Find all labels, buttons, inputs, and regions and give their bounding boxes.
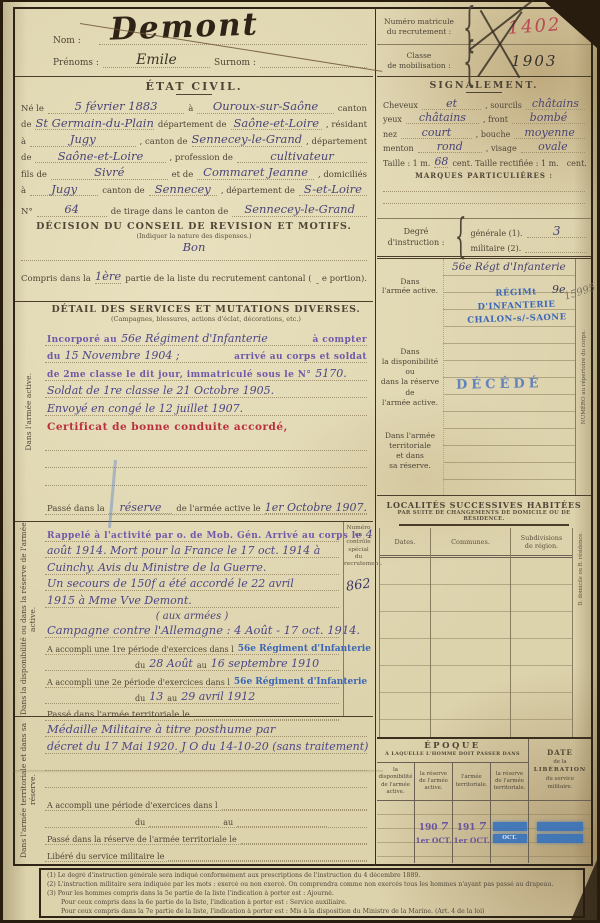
year-handwritten-digit: 7 [479, 820, 487, 833]
terr-label-1: Dans l'armée [385, 431, 435, 440]
campagne-allemagne-line: Campagne contre l'Allemagne : 4 Août - 1… [47, 623, 360, 637]
date-header-3: LIBÉRATION [534, 766, 586, 775]
decision-title: DÉCISION DU CONSEIL DE REVISION ET MOTIF… [21, 221, 367, 232]
birth-dept: Saône-et-Loire [231, 118, 322, 131]
october-stamp: 1er OCT. [453, 836, 489, 845]
blue-ink-smudge-oct: OCT. [493, 834, 527, 843]
ruled-line [383, 180, 585, 192]
a-compter-stamp: à compter [313, 335, 368, 345]
val-disponibilite-cell [377, 801, 415, 863]
classe-label-line2: de mobilisation : [387, 61, 450, 70]
passe-reserve-territoriale-label: Passé dans la réserve de l'armée territo… [47, 835, 237, 844]
residence-canton: Sennecey-le-Grand [192, 134, 303, 147]
ruled-line [383, 192, 585, 204]
signalement-section: SIGNALEMENT. Cheveuxet, sourcilschâtains… [377, 77, 591, 219]
ruled-line [45, 451, 367, 469]
compris-label-3: e portion). [322, 274, 367, 284]
footnote-3: (3) Pour les hommes compris dans la 5e p… [47, 890, 577, 899]
date-handwriting: 15 Novembre [65, 349, 141, 362]
col-reserve-territoriale-header: la réserve de l'armée territoriale. [491, 763, 528, 800]
visage-label: , visage [486, 144, 517, 153]
dispo-label-3: ou [405, 367, 414, 376]
ne-le-label: Né le [21, 104, 44, 114]
subdivisions-header: Subdivisionsde région. [511, 528, 572, 558]
au-label: au [197, 661, 207, 670]
dates-column: Dates. [379, 528, 431, 737]
certificat-stamp: Certificat de bonne conduite accordé, [47, 421, 288, 433]
sourcils-value: châtains [526, 98, 585, 110]
periode1-start: 28 Août [149, 657, 193, 670]
blue-ink-smudge [493, 822, 527, 831]
nez-label: nez [383, 130, 397, 139]
dispo-label-6: l'armée active. [382, 398, 438, 407]
mort-pour-la-france-line: août 1914. Mort pour la France le 17 oct… [47, 544, 320, 557]
stamp-line1: RÉGIMt D'INFANTERIE [477, 287, 555, 312]
tirage-canton: Sennecey-le-Grand [232, 204, 367, 217]
val-territoriale-cell: 191 7 1er OCT. [453, 801, 491, 863]
date-header-2: de la [553, 758, 566, 766]
territoriale-section: Dans l'armée territoriale et dans sa rés… [15, 717, 373, 863]
regiment-handwriting: 56e Régiment d'Infanterie [121, 332, 268, 345]
services-title: DÉTAIL DES SERVICES ET MUTATIONS DIVERSE… [45, 304, 367, 315]
firstname-handwriting: Emile [103, 53, 210, 68]
a-label: à [21, 186, 26, 196]
militaire-label: militaire (2). [470, 244, 521, 253]
matricule-label-line2: du recrutement : [387, 27, 451, 36]
envoye-conge-line: Envoyé en congé le 12 juillet 1907. [47, 402, 243, 415]
name-box: Nom : Demont Prénoms : Emile Surnom : [15, 9, 373, 77]
menton-label: menton [383, 144, 414, 153]
instruction-label-line1: Degré [404, 227, 429, 236]
periode2-end: 29 avril 1912 [181, 690, 255, 703]
canton-label: canton [338, 104, 367, 114]
secours-line: Un secours de 150f a été accordé le 22 a… [47, 577, 294, 590]
canton-label: , canton de [140, 137, 188, 147]
signalement-title: SIGNALEMENT. [383, 80, 585, 91]
localites-subtitle: PAR SUITE DE CHANGEMENTS DE DOMICILE OU … [377, 510, 591, 522]
dept-label: , département [306, 137, 367, 147]
compris-part: 1ère [95, 271, 121, 284]
portion-blank [316, 283, 318, 284]
passe-reserve-label: Passé dans la [47, 504, 105, 514]
du-stamp: du [47, 352, 61, 362]
domicile-residence-label: D. domicile ou R. résidence. [578, 532, 584, 606]
generale-value: 3 [527, 225, 588, 238]
dates-cells [380, 558, 430, 737]
etat-civil-section: ÉTAT CIVIL. Né le5 février 1883àOuroux-s… [15, 77, 373, 302]
incorpore-stamp: Incorporé au [47, 335, 117, 345]
controle-special-column: Numéro en contrôle spécial du recrutemen… [343, 522, 373, 716]
val-reserve-territoriale-cell: OCT. [491, 801, 529, 863]
compris-label-2: partie de la liste du recrutement canton… [125, 274, 311, 284]
services-side-rail: Dans l'armée active. [15, 302, 41, 521]
territoriale-group-label: Dans l'arméeterritorialeet danssa réserv… [377, 431, 443, 472]
dates-header: Dates. [380, 528, 430, 558]
ruled-line [45, 468, 367, 486]
periode1-end: 16 septembre 1910 [211, 657, 319, 670]
veuve-line: 1915 à Mme Vve Demont. [47, 594, 192, 607]
corps-entries-area: 56e Régt d'Infanterie RÉGIMt D'INFANTERI… [443, 259, 575, 495]
classe-label: Classede mobilisation : [377, 51, 461, 71]
corps-labels-column: Dansl'armée active. Dansla disponibilité… [377, 259, 443, 495]
blank-line [168, 860, 367, 861]
periode1-label: A accompli une 1re période d'exercices d… [47, 645, 234, 654]
epoque-section: ÉPOQUE À LAQUELLE L'HOMME DOIT PASSER DA… [377, 739, 591, 863]
de-label: de [21, 120, 31, 130]
right-column: Numéro matriculedu recrutement : { 1402 … [377, 9, 591, 863]
disponibilite-group-label: Dansla disponibilitéoudans la réservedel… [377, 347, 443, 408]
territoriale-side-rail: Dans l'armée territoriale et dans sa rés… [15, 717, 41, 863]
reserve-handwriting: réserve [109, 502, 173, 514]
services-subtitle: (Campagnes, blessures, actions d'éclat, … [45, 315, 367, 323]
domicile-canton: Sennecey [149, 184, 217, 197]
profession-label: , profession de [170, 153, 233, 163]
torn-corner [545, 2, 597, 48]
passe-reserve-label-2: de l'armée active le [176, 504, 260, 514]
val-reserve-active-cell: 190 7 1er OCT. [415, 801, 453, 863]
brace: { [463, 29, 476, 91]
matricule-label: Numéro matriculedu recrutement : [377, 17, 461, 37]
blank-line [241, 843, 367, 844]
yeux-value: châtains [406, 112, 479, 124]
corps-active-entry: 56e Régt d'Infanterie [452, 261, 566, 273]
terr-label-2: territoriale [389, 441, 431, 450]
classe-stamp: de 2me classe le dit jour, immatriculé s… [47, 370, 311, 380]
decision-value: Bon [21, 242, 367, 254]
du-label: du [135, 661, 145, 670]
tirage-label: de tirage dans le canton de [111, 207, 229, 217]
rappele-stamp: Rappelé à l'activité par o. de Mob. Gén.… [47, 531, 362, 541]
a-label: à [21, 137, 26, 147]
dispo-label-2: la disponibilité [382, 357, 438, 366]
epoque-titlebar: ÉPOQUE À LAQUELLE L'HOMME DOIT PASSER DA… [377, 739, 528, 763]
marques-label: MARQUES PARTICULIÈRES : [383, 171, 585, 180]
stamp-line2: CHALON-s/-SAONE [467, 312, 567, 325]
etat-civil-title: ÉTAT CIVIL. [21, 80, 367, 93]
col-reserve-active-header: la réserve de l'armée active. [415, 763, 453, 800]
sourcils-label: , sourcils [485, 101, 522, 110]
nickname-line [260, 67, 367, 68]
date-header-4: du service [546, 775, 574, 783]
liberation-date-header: DATE de la LIBÉRATION du service militai… [529, 739, 591, 800]
october-stamp: 1er OCT. [415, 836, 451, 845]
classe-row: Classede mobilisation : { 1903 [377, 45, 591, 76]
birth-canton: St Germain-du-Plain [35, 118, 153, 131]
de-label: de [21, 153, 31, 163]
val-liberation-cell [529, 801, 591, 863]
cent-label: cent. [567, 159, 587, 168]
instruction-section: Degréd'instruction : { générale (1).3 mi… [377, 219, 591, 259]
localites-title: LOCALITÉS SUCCESSIVES HABITÉES [377, 500, 591, 510]
footnotes-box: (1) Le degré d'instruction générale sera… [39, 868, 585, 918]
medaille-militaire-line1: Médaille Militaire à titre posthume par [47, 722, 275, 736]
classe-number: 1903 [478, 52, 591, 70]
epoque-title: ÉPOQUE [377, 741, 528, 751]
bouche-label: , bouche [476, 130, 511, 139]
year-handwriting: 1904 ; [144, 349, 179, 362]
bouche-value: moyenne [514, 127, 585, 139]
au-label: au [167, 694, 177, 703]
title-underline [176, 94, 212, 95]
soldat-1re-classe-line: Soldat de 1re classe le 21 Octobre 1905. [47, 384, 274, 397]
residence: Jugy [30, 134, 136, 147]
visage-value: ovale [521, 141, 585, 153]
compris-label: Compris dans la [21, 274, 91, 284]
periode-label: A accompli une période d'exercices dans … [47, 801, 218, 810]
subdiv-header-1: Subdivisions [511, 534, 572, 542]
dept-label: département de [158, 120, 227, 130]
armee-active-label-2: l'armée active. [382, 286, 438, 295]
arrive-stamp: arrivé au corps et soldat [234, 352, 367, 362]
ruled-line [21, 253, 367, 261]
mobilisation-side-label: Dans la disponibilité ou dans la réserve… [19, 522, 37, 716]
blank-line [237, 826, 327, 827]
communes-header: Communes. [431, 528, 510, 558]
nez-value: court [401, 127, 472, 139]
libere-label: Libéré du service militaire le [47, 852, 164, 861]
periode2-start: 13 [149, 690, 163, 703]
left-column: Nom : Demont Prénoms : Emile Surnom : ÉT… [15, 9, 373, 863]
epoque-column-headers: la disponibilité de l'armée active. la r… [377, 763, 528, 800]
col-disponibilite-header: la disponibilité de l'armée active. [377, 763, 415, 800]
dispo-label-1: Dans [400, 347, 419, 356]
year-stamp: 191 [457, 823, 476, 833]
du-label: du [135, 694, 145, 703]
taille-label: Taille : 1 m. [383, 159, 430, 168]
birth-date: 5 février 1883 [48, 101, 184, 114]
front-value: bombé [512, 112, 585, 124]
blank-line [222, 809, 367, 810]
menton-value: rond [418, 141, 482, 153]
instruction-rows: générale (1).3 militaire (2). [470, 223, 587, 253]
localites-rule [399, 524, 569, 526]
date-header-5: militaire. [548, 783, 573, 791]
et-de-label: et de [172, 170, 194, 180]
brace: { [455, 210, 466, 265]
nickname-label: Surnom : [214, 58, 256, 68]
year-handwritten-digit: 7 [441, 820, 449, 833]
footnote-1: (1) Le degré d'instruction générale sera… [47, 872, 577, 881]
domicilies-label: , domiciliés [318, 170, 367, 180]
services-section: Dans l'armée active. DÉTAIL DES SERVICES… [15, 302, 373, 522]
footnote-4: Pour ceux compris dans la 6e partie de l… [47, 899, 577, 908]
cheveux-value: et [422, 98, 481, 110]
residant-label: , résidant [326, 120, 367, 130]
mobilisation-section: Dans la disponibilité ou dans la réserve… [15, 522, 373, 717]
decede-stamp: DÉCÉDÉ [456, 376, 543, 393]
classe-label-line1: Classe [407, 51, 432, 60]
surname-handwriting: Demont [109, 6, 259, 47]
domicile: Jugy [30, 184, 98, 197]
dept-label: , département de [221, 186, 295, 196]
blue-ink-smudge [537, 822, 583, 831]
communes-column: Communes. [431, 528, 511, 737]
subdivisions-column: Subdivisionsde région. [511, 528, 573, 737]
ruled-line [45, 433, 367, 451]
matricule-label-line1: Numéro matricule [384, 17, 454, 26]
domicile-dept: S-et-Loire [299, 184, 367, 197]
localites-table: Dates. Communes. Subdivisionsde région. … [379, 528, 589, 737]
decision-subtitle: (Indiquer la nature des dispenses.) [21, 232, 367, 240]
profession: cultivateur [237, 151, 367, 164]
canton-label: canton de [102, 186, 144, 196]
controle-special-header: Numéro en contrôle spécial du recrutemen… [344, 525, 373, 568]
father-name: Sivré [51, 167, 168, 180]
firstname-label: Prénoms : [53, 58, 99, 68]
domicile-residence-column: D. domicile ou R. résidence. [573, 528, 589, 737]
taille-value: 68 [434, 156, 448, 168]
shadow-corner [571, 860, 597, 920]
medaille-militaire-line2: décret du 17 Mai 1920. J O du 14-10-20 (… [47, 740, 368, 753]
periode2-label: A accompli une 2e période d'exercices da… [47, 678, 230, 687]
mobilisation-side-rail: Dans la disponibilité ou dans la réserve… [15, 522, 41, 716]
services-side-label: Dans l'armée active. [24, 373, 33, 451]
epoque-subtitle: À LAQUELLE L'HOMME DOIT PASSER DANS [377, 751, 528, 757]
generale-label: générale (1). [470, 229, 522, 238]
footnote-5: Pour ceux compris dans la 7e partie de l… [47, 908, 577, 917]
dispo-label-4: dans la réserve [381, 377, 439, 386]
repertoire-label: NUMÉRO au répertoire du corps. [581, 330, 587, 424]
du-label: du [135, 818, 145, 827]
avis-ministre-line: Cuinchy. Avis du Ministre de la Guerre. [47, 561, 266, 574]
blank-line [149, 826, 219, 827]
armee-active-group-label: Dansl'armée active. [377, 277, 443, 295]
tirage-number: 64 [37, 204, 107, 217]
reserve-date: 1er Octobre 1907. [265, 502, 367, 514]
footnote-2: (2) L'instruction militaire sera indiqué… [47, 881, 577, 890]
matricule-corps-number: 5170. [315, 367, 347, 380]
yeux-label: yeux [383, 115, 402, 124]
residence-dept: Saône-et-Loire [35, 151, 165, 164]
territoriale-side-label: Dans l'armée territoriale et dans sa rés… [19, 717, 37, 863]
controle-special-number: 862 [343, 576, 374, 596]
a-label: à [188, 104, 193, 114]
terr-label-4: sa réserve. [389, 461, 431, 470]
blue-ink-smudge [537, 834, 583, 843]
epoque-header: ÉPOQUE À LAQUELLE L'HOMME DOIT PASSER DA… [377, 739, 591, 801]
year-stamp: 190 [419, 823, 438, 833]
date-header-1: DATE [547, 748, 573, 759]
subdiv-header-2: de région. [511, 542, 572, 550]
column-divider [375, 7, 376, 866]
ruled-line [45, 771, 367, 788]
subdivisions-cells [511, 558, 572, 737]
name-label: Nom : [53, 36, 81, 46]
instruction-label: Degréd'instruction : [381, 227, 451, 248]
taille-rectifiee-label: cent. Taille rectifiée : 1 m. [452, 159, 558, 168]
terr-label-3: et dans [396, 451, 424, 460]
dispo-label-5: de [405, 388, 414, 397]
localites-section: LOCALITÉS SUCCESSIVES HABITÉES PAR SUITE… [377, 496, 591, 739]
birth-place: Ouroux-sur-Saône [197, 101, 333, 114]
ruled-line [45, 754, 367, 771]
epoque-columns-zone: ÉPOQUE À LAQUELLE L'HOMME DOIT PASSER DA… [377, 739, 529, 800]
aux-armees-note: ( aux armées ) [45, 612, 339, 622]
cheveux-label: Cheveux [383, 101, 418, 110]
register-page: Nom : Demont Prénoms : Emile Surnom : ÉT… [3, 2, 597, 920]
corps-affectation-section: Dansl'armée active. Dansla disponibilité… [377, 259, 591, 496]
au-label: au [223, 818, 233, 827]
fils-de-label: fils de [21, 170, 47, 180]
epoque-values-row: 190 7 1er OCT. 191 7 1er OCT. OCT. [377, 801, 591, 863]
armee-active-label-1: Dans [400, 277, 419, 286]
blank-line [525, 252, 587, 253]
front-label: , front [483, 115, 508, 124]
col-territoriale-header: l'armée territoriale. [453, 763, 491, 800]
mother-name: Commaret Jeanne [197, 167, 314, 180]
numero-label: N° [21, 207, 33, 217]
communes-cells [431, 558, 510, 737]
instruction-label-line2: d'instruction : [388, 238, 445, 247]
